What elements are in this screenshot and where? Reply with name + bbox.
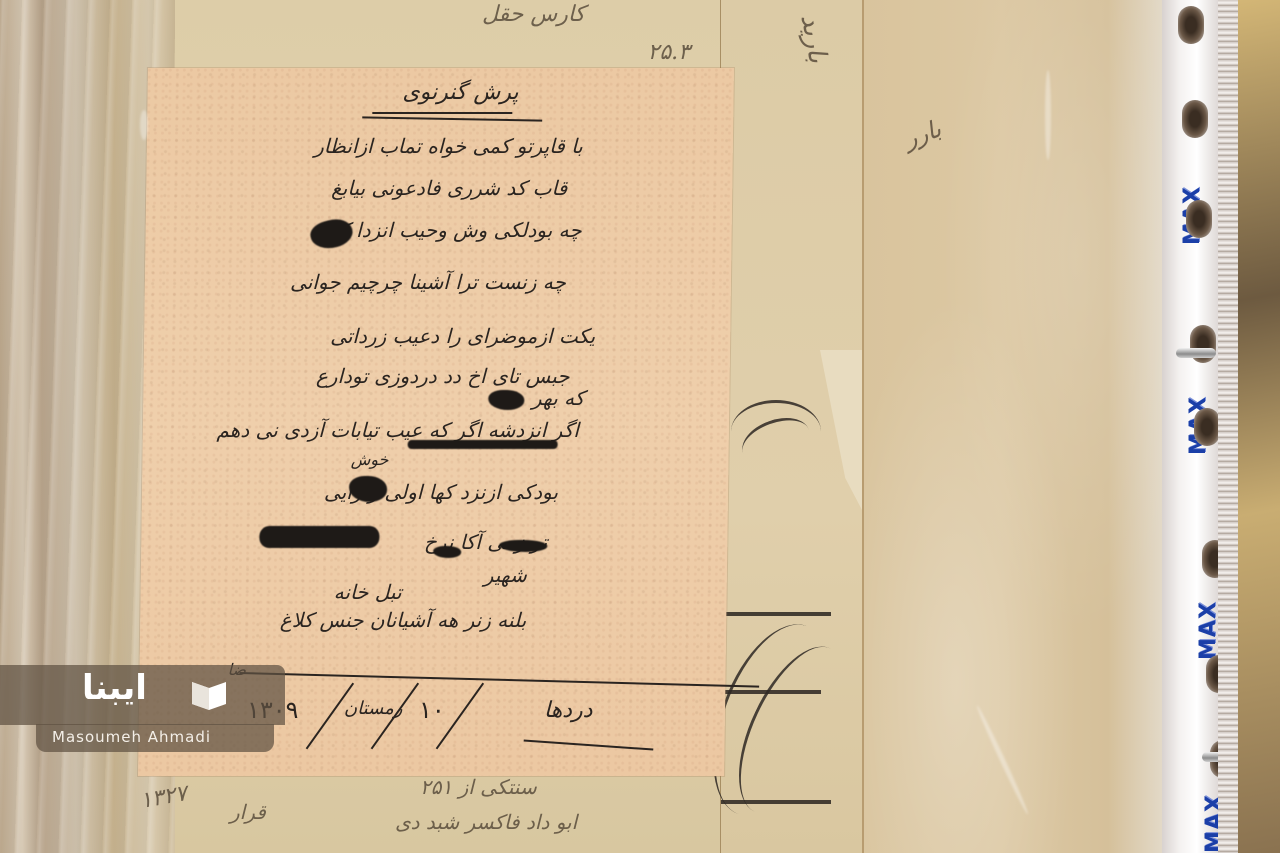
binder-hole [1194,408,1220,446]
poem-line: قاب کد شرری فادعونی بیابغ [331,176,567,200]
open-book-icon [190,674,228,712]
bottom-center-note-2: ابو داد فاکسر شبد دی [395,810,577,834]
date-rule [239,672,759,688]
bottom-left-note: قرار [230,800,266,824]
bottom-center-note: سنتکی از ۲۵۱ [420,775,537,799]
binder-hole [1178,6,1204,44]
plastic-glare [1045,70,1051,160]
photographer-credit: Masoumeh Ahmadi [52,728,211,746]
title-underline [372,112,512,114]
poem-line: چه بودلکی وش وحیب انزدا که [329,218,581,242]
signature-underline [524,739,654,750]
back-top-fragment: کارس حقل [482,2,585,27]
plastic-glare [140,110,148,140]
poem-line: خوش [351,450,389,469]
right-note: بارر [900,114,945,153]
poem-line: با قاپرتو کمی خواه تماب ازانظار [314,134,583,158]
poem-line: چه زنست ترا آشینا چرچیم جوانی [290,270,566,294]
poem-line: بلنه زنر هه آشیانان جنس کلاغ [280,608,527,632]
background-edge [1238,0,1280,853]
poem-line: تبل خانه [334,580,402,604]
poem-title: پرش گنرنوی [402,80,518,105]
ink-blot [488,390,524,410]
signature: دردها [544,698,593,723]
ink-strike [408,440,558,449]
poem-line: یکت ازموضرای را دعیب زرداتی [330,324,595,348]
binder-strip: MAX MAX MAX MAX [1162,0,1220,853]
binder-perforated-edge [1218,0,1238,853]
back-top-number: ۲۵.۳ [648,40,690,65]
poem-line: شهیر [484,563,527,587]
watermark-logo-text: ایبنا [82,668,147,708]
strike-line [721,612,831,616]
right-paper-sheet: بارر [862,0,1169,853]
ink-strike [259,526,379,548]
binder-hole [1182,100,1208,138]
photo-scene: کارس حقل ۲۵.۳ بارید بارر MAX MAX MAX MAX [0,0,1280,853]
binder-ring [1176,348,1216,358]
title-underline [362,116,542,121]
poem-line: اگر انزدشه اگر که عیب تیابات آزدی نی دهم [216,418,579,442]
poem-line: جبس تای اخ دد دردوزی تودارع [316,364,570,388]
binder-hole [1186,200,1212,238]
poem-line: که بهر [532,386,585,410]
strip-note: بارید [795,12,833,65]
date-day: ۱۰ [419,696,445,724]
ink-blot [433,546,461,558]
ink-blot [349,476,387,502]
